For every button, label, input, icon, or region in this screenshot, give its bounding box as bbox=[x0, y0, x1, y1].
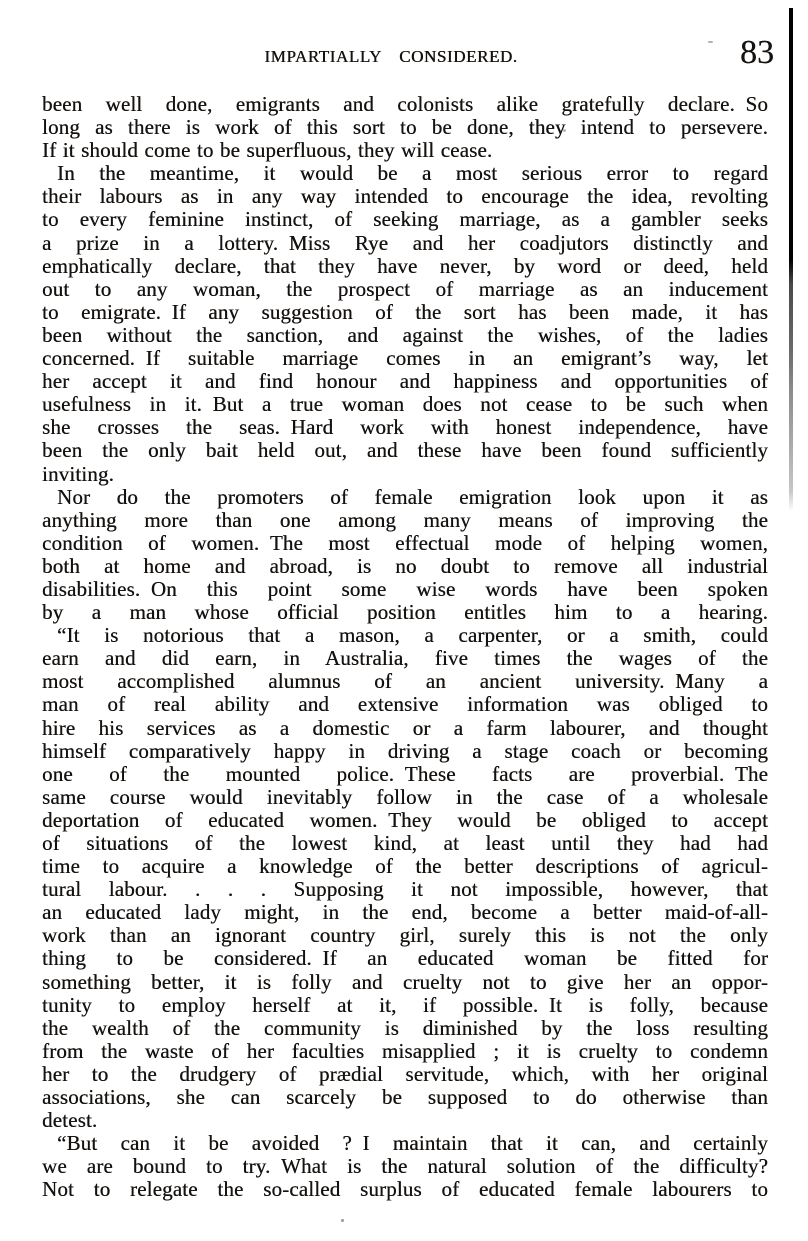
text-line: himself comparatively happy in driving a… bbox=[42, 740, 768, 763]
text-line: of situations of the lowest kind, at lea… bbox=[42, 832, 768, 855]
page-body: been well done, emigrants and colonists … bbox=[42, 93, 768, 1202]
text-line: “It is notorious that a mason, a carpent… bbox=[42, 624, 768, 647]
text-line: time to acquire a knowledge of the bette… bbox=[42, 855, 768, 878]
text-line: emphatically declare, that they have nev… bbox=[42, 255, 768, 278]
text-line: “But can it be avoided ? I maintain that… bbox=[42, 1132, 768, 1155]
running-header-title: IMPARTIALLY CONSIDERED. bbox=[28, 48, 754, 65]
text-line: her to the drudgery of prædial servitude… bbox=[42, 1063, 768, 1086]
text-line: deportation of educated women. They woul… bbox=[42, 809, 768, 832]
text-line: something better, it is folly and cruelt… bbox=[42, 971, 768, 994]
text-line: concerned. If suitable marriage comes in… bbox=[42, 347, 768, 370]
text-line: Not to relegate the so-called surplus of… bbox=[42, 1178, 768, 1201]
text-line: detest. bbox=[42, 1109, 768, 1132]
text-line: been the only bait held out, and these h… bbox=[42, 439, 768, 462]
text-line: by a man whose official position entitle… bbox=[42, 601, 768, 624]
text-line: both at home and abroad, is no doubt to … bbox=[42, 555, 768, 578]
text-line: we are bound to try. What is the natural… bbox=[42, 1155, 768, 1178]
page-number: 83 bbox=[740, 36, 774, 70]
scan-speck bbox=[341, 1219, 344, 1222]
text-line: she crosses the seas. Hard work with hon… bbox=[42, 416, 768, 439]
text-line: anything more than one among many means … bbox=[42, 509, 768, 532]
text-line: same course would inevitably follow in t… bbox=[42, 786, 768, 809]
text-line: tural labour. . . . Supposing it not imp… bbox=[42, 878, 768, 901]
text-line: tunity to employ herself at it, if possi… bbox=[42, 994, 768, 1017]
text-line: If it should come to be superfluous, the… bbox=[42, 139, 768, 162]
text-line: disabilities. On this point some wise wo… bbox=[42, 578, 768, 601]
text-line: an educated lady might, in the end, beco… bbox=[42, 901, 768, 924]
text-line: man of real ability and extensive inform… bbox=[42, 693, 768, 716]
text-line: most accomplished alumnus of an ancient … bbox=[42, 670, 768, 693]
text-line: long as there is work of this sort to be… bbox=[42, 116, 768, 139]
text-line: work than an ignorant country girl, sure… bbox=[42, 924, 768, 947]
text-line: In the meantime, it would be a most seri… bbox=[42, 162, 768, 185]
text-line: to emigrate. If any suggestion of the so… bbox=[42, 301, 768, 324]
text-line: hire his services as a domestic or a far… bbox=[42, 717, 768, 740]
text-line: their labours as in any way intended to … bbox=[42, 185, 768, 208]
text-line: inviting. bbox=[42, 463, 768, 486]
text-line: Nor do the promoters of female emigratio… bbox=[42, 486, 768, 509]
text-line: thing to be considered. If an educated w… bbox=[42, 947, 768, 970]
text-line: earn and did earn, in Australia, five ti… bbox=[42, 647, 768, 670]
scan-speck bbox=[563, 129, 566, 132]
text-line: out to any woman, the prospect of marria… bbox=[42, 278, 768, 301]
text-line: to every feminine instinct, of seeking m… bbox=[42, 208, 768, 231]
text-line: her accept it and find honour and happin… bbox=[42, 370, 768, 393]
text-line: from the waste of her faculties misappli… bbox=[42, 1040, 768, 1063]
text-line: been without the sanction, and against t… bbox=[42, 324, 768, 347]
text-line: a prize in a lottery. Miss Rye and her c… bbox=[42, 232, 768, 255]
text-line: one of the mounted police. These facts a… bbox=[42, 763, 768, 786]
book-page: IMPARTIALLY CONSIDERED. 83 been well don… bbox=[0, 0, 808, 1241]
text-line: usefulness in it. But a true woman does … bbox=[42, 393, 768, 416]
text-line: the wealth of the community is diminishe… bbox=[42, 1017, 768, 1040]
scan-edge-artifact bbox=[789, 8, 793, 511]
text-line: associations, she can scarcely be suppos… bbox=[42, 1086, 768, 1109]
text-line: condition of women. The most effectual m… bbox=[42, 532, 768, 555]
text-line: been well done, emigrants and colonists … bbox=[42, 93, 768, 116]
page-header: IMPARTIALLY CONSIDERED. 83 bbox=[42, 0, 768, 93]
